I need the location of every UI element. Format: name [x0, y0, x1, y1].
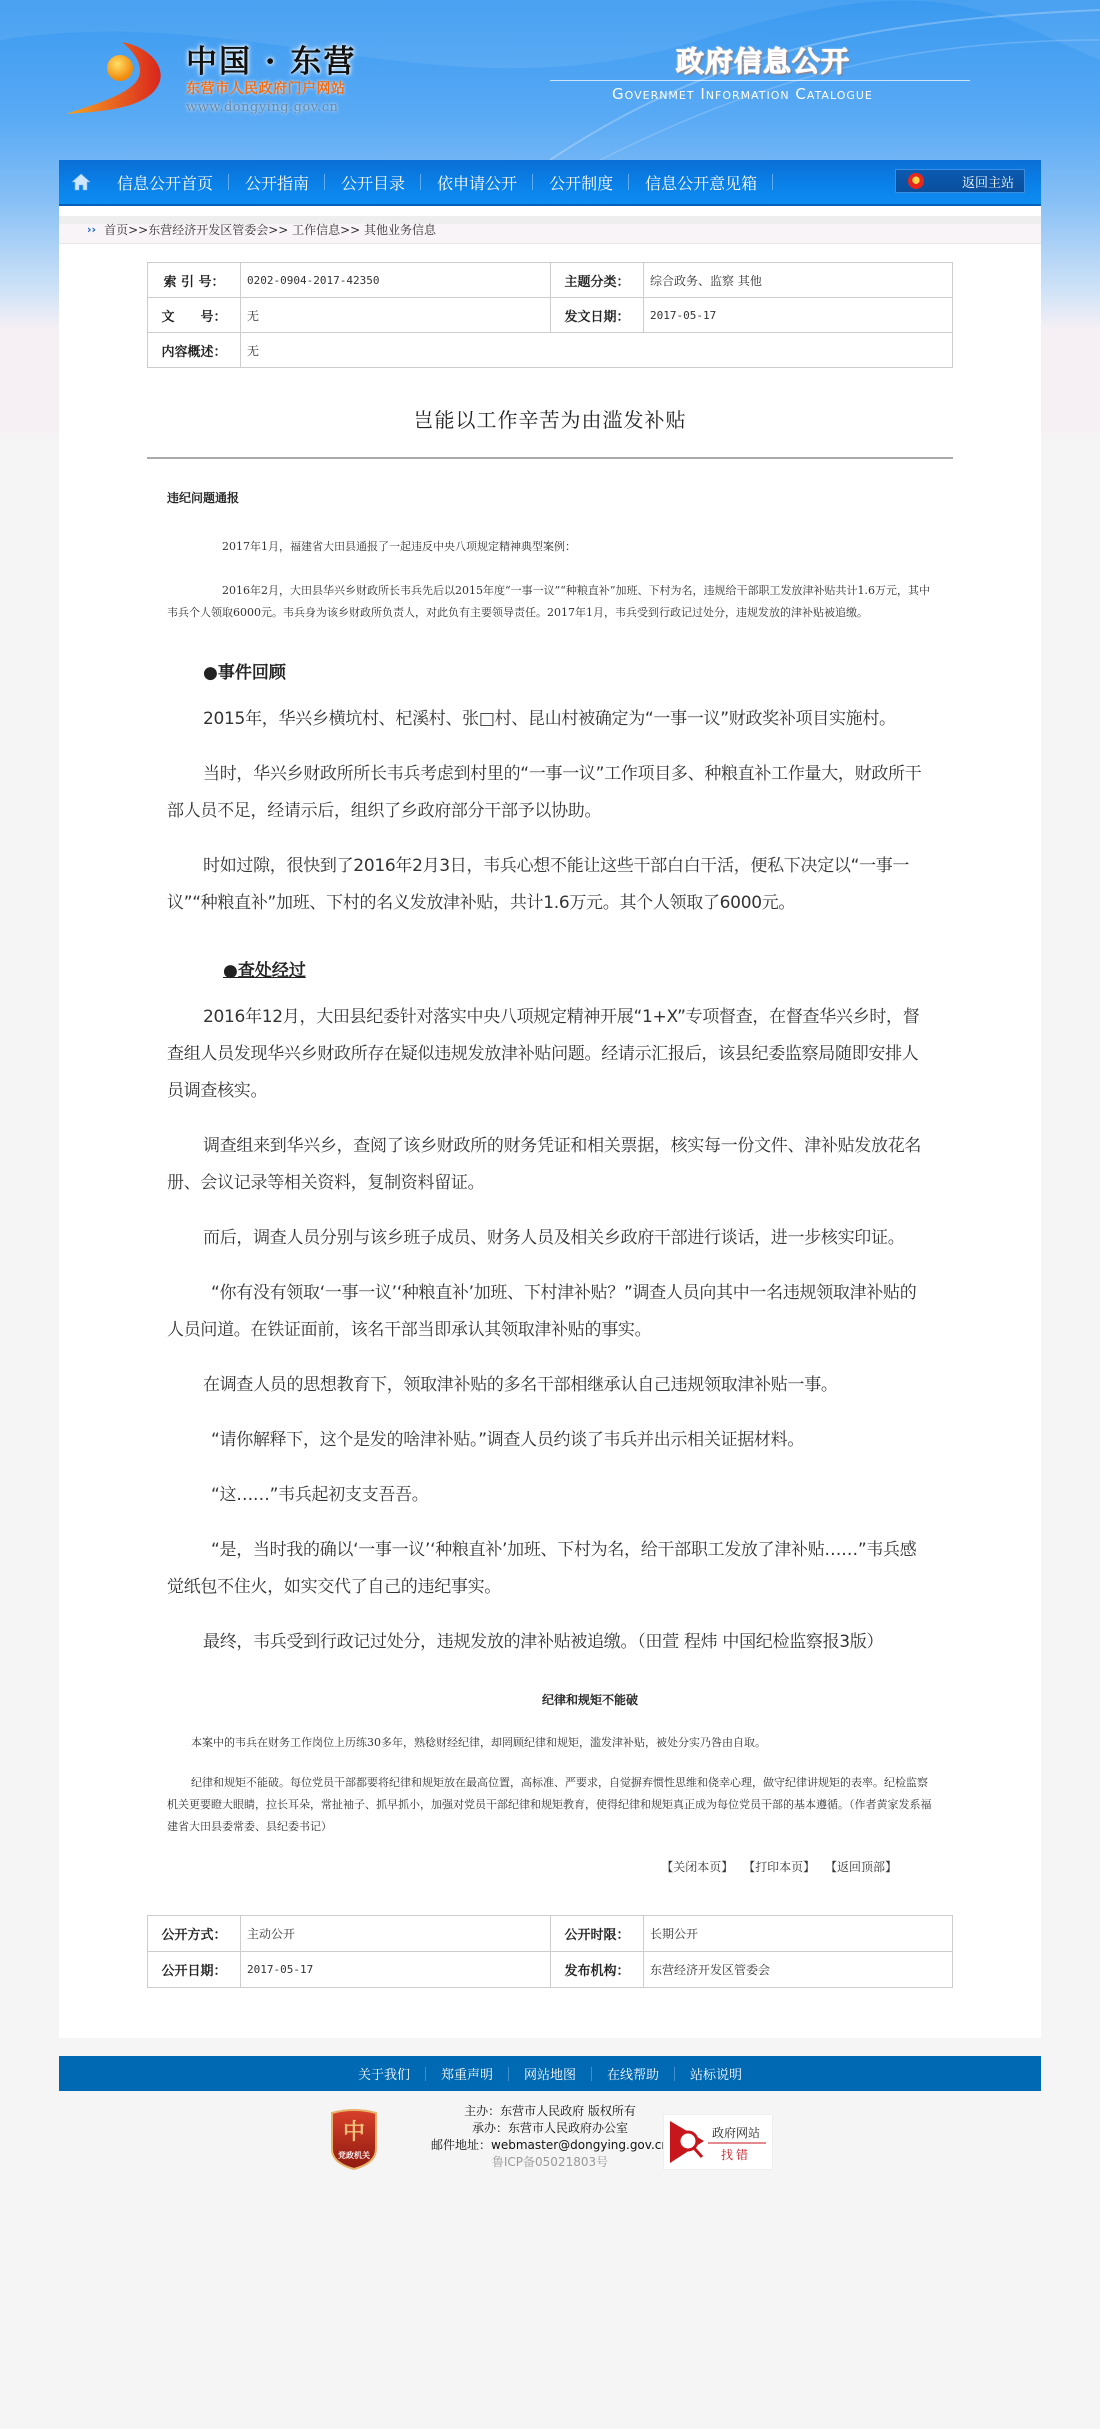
footer-link-statement[interactable]: 郑重声明	[426, 2064, 508, 2083]
investigation-paragraph: “这……”韦兵起初支支吾吾。	[167, 1477, 933, 1514]
nav-item-info-home[interactable]: 信息公开首页	[103, 171, 229, 194]
back-to-main-label: 返回主站	[962, 172, 1014, 191]
logo-url: www.dongying.gov.cn	[186, 100, 338, 115]
publish-date-value: 2017-05-17	[241, 1952, 551, 1988]
heading-review: ●事件回顾	[167, 658, 933, 683]
doc-number-value: 无	[241, 298, 551, 333]
back-to-top-link[interactable]: 【返回顶部】	[825, 1860, 897, 1874]
investigation-paragraph: “你有没有领取‘一事一议’‘种粮直补’加班、下村津补贴？”调查人员向其中一名违规…	[167, 1275, 933, 1349]
commentary-paragraph: 纪律和规矩不能破。每位党员干部都要将纪律和规矩放在最高位置，高标准、严要求，自觉…	[167, 1772, 933, 1838]
summary-label: 内容概述：	[148, 333, 241, 368]
article-title: 岂能以工作辛苦为由滥发补贴	[59, 404, 1041, 433]
close-page-link[interactable]: 【关闭本页】	[661, 1860, 733, 1874]
header-divider	[550, 80, 970, 81]
topic-value: 综合政务、监察 其他	[644, 263, 953, 298]
commentary-title: 纪律和规矩不能破	[167, 1691, 933, 1708]
footer-sponsor: 主办：东营市人民政府 版权所有	[0, 2103, 1100, 2120]
investigation-paragraph: 调查组来到华兴乡，查阅了该乡财政所的财务凭证和相关票据，核实每一份文件、津补贴发…	[167, 1128, 933, 1202]
nav-item-feedback[interactable]: 信息公开意见箱	[629, 171, 773, 194]
site-header: 中国 · 东营 东营市人民政府门户网站 www.dongying.gov.cn …	[0, 0, 1100, 160]
footer-icp[interactable]: 鲁ICP备05021803号	[0, 2154, 1100, 2171]
back-to-main-site-button[interactable]: 返回主站	[895, 169, 1025, 193]
investigation-paragraph: 2016年12月，大田县纪委针对落实中央八项规定精神开展“1+X”专项督查，在督…	[167, 999, 933, 1110]
investigation-paragraph: “请你解释下，这个是发的啥津补贴。”调查人员约谈了韦兵并出示相关证据材料。	[167, 1422, 933, 1459]
footer-organizer: 承办：东营市人民政府办公室	[0, 2120, 1100, 2137]
publish-org-label: 发布机构：	[551, 1952, 644, 1988]
main-nav: 信息公开首页 公开指南 公开目录 依申请公开 公开制度 信息公开意见箱 返回主站	[59, 160, 1041, 206]
logo-swoosh-icon	[66, 38, 176, 118]
document-meta-table: 索 引 号： 0202-0904-2017-42350 主题分类： 综合政务、监…	[147, 262, 953, 368]
double-chevron-right-icon: ››	[87, 223, 96, 236]
review-paragraph: 时如过隙，很快到了2016年2月3日，韦兵心想不能让这些干部白白干活，便私下决定…	[167, 848, 933, 922]
breadcrumb: ›› 首页>>东营经济开发区管委会>> 工作信息>> 其他业务信息	[59, 216, 1041, 244]
review-paragraph: 当时，华兴乡财政所所长韦兵考虑到村里的“一事一议”工作项目多、种粮直补工作量大，…	[167, 756, 933, 830]
publish-mode-label: 公开方式：	[148, 1916, 241, 1952]
footer-info: 主办：东营市人民政府 版权所有 承办：东营市人民政府办公室 邮件地址：webma…	[0, 2103, 1100, 2171]
svg-text:政府网站: 政府网站	[712, 2125, 760, 2140]
publish-org-value: 东营经济开发区管委会	[644, 1952, 953, 1988]
nav-item-system[interactable]: 公开制度	[533, 171, 629, 194]
section-title: 政府信息公开	[676, 40, 850, 80]
index-value: 0202-0904-2017-42350	[241, 263, 551, 298]
main-container: 信息公开首页 公开指南 公开目录 依申请公开 公开制度 信息公开意见箱 返回主站…	[59, 160, 1041, 2038]
review-paragraph: 2015年，华兴乡横坑村、杞溪村、张□村、昆山村被确定为“一事一议”财政奖补项目…	[167, 701, 933, 738]
publish-term-value: 长期公开	[644, 1916, 953, 1952]
nav-item-guide[interactable]: 公开指南	[229, 171, 325, 194]
site-footer: 中 党政机关 主办：东营市人民政府 版权所有 承办：东营市人民政府办公室 邮件地…	[0, 2091, 1100, 2251]
footer-nav: 关于我们 郑重声明 网站地图 在线帮助 站标说明	[59, 2056, 1041, 2091]
nav-item-catalog[interactable]: 公开目录	[325, 171, 421, 194]
footer-link-about[interactable]: 关于我们	[343, 2064, 425, 2083]
publish-info-table: 公开方式： 主动公开 公开时限： 长期公开 公开日期： 2017-05-17 发…	[147, 1915, 953, 1988]
index-label: 索 引 号：	[148, 263, 241, 298]
intro-paragraph: 2016年2月，大田县华兴乡财政所长韦兵先后以2015年度“一事一议”“种粮直补…	[167, 580, 933, 624]
intro-paragraph: 2017年1月，福建省大田县通报了一起违反中央八项规定精神典型案例：	[167, 536, 933, 558]
doc-number-label: 文 号：	[148, 298, 241, 333]
logo-subtitle: 东营市人民政府门户网站	[186, 78, 346, 98]
publish-term-label: 公开时限：	[551, 1916, 644, 1952]
gov-site-error-finder-button[interactable]: 政府网站 找错	[663, 2114, 773, 2170]
heading-investigation: ●查处经过	[167, 956, 933, 981]
breadcrumb-text[interactable]: 首页>>东营经济开发区管委会>> 工作信息>> 其他业务信息	[104, 221, 436, 238]
investigation-paragraph: 在调查人员的思想教育下，领取津补贴的多名干部相继承认自己违规领取津补贴一事。	[167, 1367, 933, 1404]
logo-title: 中国 · 东营	[186, 36, 356, 81]
footer-link-logo-info[interactable]: 站标说明	[675, 2064, 757, 2083]
nav-home[interactable]	[59, 173, 103, 191]
footer-link-sitemap[interactable]: 网站地图	[509, 2064, 591, 2083]
svg-text:找错: 找错	[721, 2147, 751, 2162]
page-actions: 【关闭本页】 【打印本页】 【返回顶部】	[167, 1858, 933, 1875]
home-icon	[71, 173, 91, 191]
investigation-paragraph: 最终，韦兵受到行政记过处分，违规发放的津补贴被追缴。（田萱 程炜 中国纪检监察报…	[167, 1624, 933, 1661]
publish-mode-value: 主动公开	[241, 1916, 551, 1952]
topic-label: 主题分类：	[551, 263, 644, 298]
section-subtitle: Governmet Information Catalogue	[612, 85, 873, 103]
issue-date-label: 发文日期：	[551, 298, 644, 333]
article-body: 违纪问题通报 2017年1月，福建省大田县通报了一起违反中央八项规定精神典型案例…	[147, 489, 953, 1875]
national-emblem-icon	[908, 173, 924, 189]
commentary-paragraph: 本案中的韦兵在财务工作岗位上历练30多年，熟稔财经纪律，却罔顾纪律和规矩，滥发津…	[167, 1732, 933, 1754]
footer-link-help[interactable]: 在线帮助	[592, 2064, 674, 2083]
summary-value: 无	[241, 333, 953, 368]
publish-date-label: 公开日期：	[148, 1952, 241, 1988]
footer-email: 邮件地址：webmaster@dongying.gov.cn	[0, 2137, 1100, 2154]
investigation-paragraph: “是，当时我的确以‘一事一议’‘种粮直补’加班、下村为名，给干部职工发放了津补贴…	[167, 1532, 933, 1606]
section-heading: 违纪问题通报	[167, 489, 933, 506]
title-divider	[147, 457, 953, 459]
nav-item-apply[interactable]: 依申请公开	[421, 171, 533, 194]
print-page-link[interactable]: 【打印本页】	[743, 1860, 815, 1874]
search-magnifier-icon: 政府网站 找错	[664, 2115, 772, 2169]
issue-date-value: 2017-05-17	[644, 298, 953, 333]
investigation-paragraph: 而后，调查人员分别与该乡班子成员、财务人员及相关乡政府干部进行谈话，进一步核实印…	[167, 1220, 933, 1257]
